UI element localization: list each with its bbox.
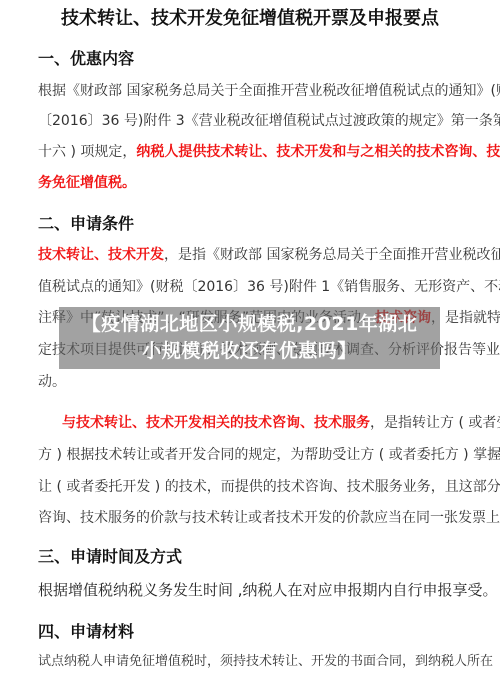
body-line: 技术转让、技术开发，是指《财政部 国家税务总局关于全面推开营业税改征增 (38, 245, 462, 265)
text-segment: 动。 (38, 374, 66, 390)
section-heading-time-method: 三、申请时间及方式 (38, 546, 182, 568)
text-segment: 方 ) 根据技术转让或者开发合同的规定，为帮助受让方 ( 或者委托方 ) 掌握所… (38, 447, 500, 463)
section-heading-materials: 四、申请材料 (38, 621, 134, 643)
body-line: 咨询、技术服务的价款与技术转让或者技术开发的价款应当在同一张发票上开具。 (38, 508, 462, 528)
body-line: 方 ) 根据技术转让或者开发合同的规定，为帮助受让方 ( 或者委托方 ) 掌握所… (38, 445, 462, 465)
text-segment: 〔2016〕36 号)附件 3《营业税改征增值税试点过渡政策的规定》第一条第 (… (38, 113, 500, 129)
body-line: 值税试点的通知》(财税〔2016〕36 号)附件 1《销售服务、无形资产、不动产 (38, 277, 462, 297)
text-segment: 十六 ) 项规定， (38, 144, 136, 160)
text-segment: 试点纳税人申请免征增值税时，须持技术转让、开发的书面合同，到纳税人所在 (38, 654, 493, 669)
text-segment: ，是指就特 (431, 310, 500, 326)
highlighted-text: 与技术转让、技术开发相关的技术咨询、技术服务 (62, 415, 370, 431)
body-line: 〔2016〕36 号)附件 3《营业税改征增值税试点过渡政策的规定》第一条第 (… (38, 111, 462, 131)
text-segment: 值税试点的通知》(财税〔2016〕36 号)附件 1《销售服务、无形资产、不动产 (38, 279, 500, 295)
overlay-caption-line: 【疫情湖北地区小规模税,2021年湖北 (59, 311, 440, 338)
section-heading-conditions: 二、申请条件 (38, 213, 134, 235)
body-line: 根据《财政部 国家税务总局关于全面推开营业税改征增值税试点的通知》(财税 (38, 81, 462, 101)
body-line: 动。 (38, 372, 462, 392)
text-segment: ，是指转让方 ( 或者受托 (370, 415, 500, 431)
section-heading-benefits: 一、优惠内容 (38, 48, 134, 70)
body-line: 十六 ) 项规定，纳税人提供技术转让、技术开发和与之相关的技术咨询、技术服 (38, 142, 462, 162)
body-line: 试点纳税人申请免征增值税时，须持技术转让、开发的书面合同，到纳税人所在 (38, 652, 462, 672)
text-segment: 根据《财政部 国家税务总局关于全面推开营业税改征增值税试点的通知》(财税 (38, 83, 500, 99)
body-line: 根据增值税纳税义务发生时间 ,纳税人在对应申报期内自行申报享受。 (38, 580, 462, 600)
highlighted-text: 技术转让、技术开发 (38, 247, 164, 263)
caption-overlay: 【疫情湖北地区小规模税,2021年湖北 小规模税收还有优惠吗】 (59, 307, 440, 369)
highlighted-text: 纳税人提供技术转让、技术开发和与之相关的技术咨询、技术服 (136, 144, 500, 160)
text-segment: 根据增值税纳税义务发生时间 ,纳税人在对应申报期内自行申报享受。 (38, 581, 498, 599)
body-line: 与技术转让、技术开发相关的技术咨询、技术服务，是指转让方 ( 或者受托 (62, 413, 462, 433)
document-title: 技术转让、技术开发免征增值税开票及申报要点 (0, 7, 500, 31)
text-segment: 咨询、技术服务的价款与技术转让或者技术开发的价款应当在同一张发票上开具。 (38, 510, 500, 526)
highlighted-text: 务免征增值税。 (38, 175, 136, 191)
overlay-caption-line: 小规模税收还有优惠吗】 (59, 338, 440, 365)
body-line: 让 ( 或者委托开发 ) 的技术，而提供的技术咨询、技术服务业务，且这部分技术 (38, 477, 462, 497)
text-segment: ，是指《财政部 国家税务总局关于全面推开营业税改征增 (164, 247, 500, 263)
body-line: 务免征增值税。 (38, 173, 462, 193)
text-segment: 让 ( 或者委托开发 ) 的技术，而提供的技术咨询、技术服务业务，且这部分技术 (38, 479, 500, 495)
